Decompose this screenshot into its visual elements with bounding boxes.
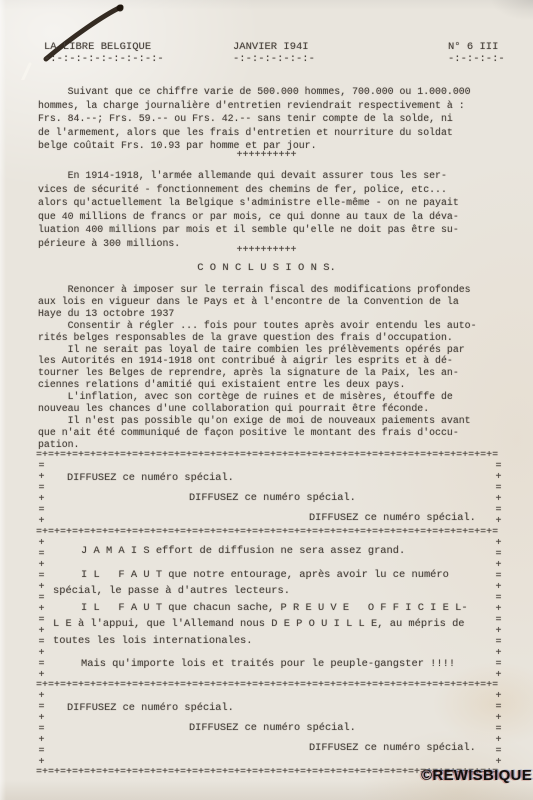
frame-divider: =+=+=+=+=+=+=+=+=+=+=+=+=+=+=+=+=+=+=+=+… bbox=[36, 528, 504, 538]
paragraph-daily-cost: Suivant que ce chiffre varie de 500.000 … bbox=[38, 85, 508, 153]
pen-ink-mark bbox=[0, 0, 150, 80]
frame-border-left: + = + = + = + = + = + = + bbox=[36, 538, 47, 681]
appeal-box-content: J A M A I S effort de diffusion ne sera … bbox=[47, 538, 493, 681]
masthead-publication: LA LIBRE BELGIQUE -:-:-:-:-:-:-:-:-:- bbox=[44, 41, 164, 65]
diffusion-box-bottom: + = + = + = + DIFFUSEZ ce numéro spécial… bbox=[36, 691, 504, 768]
frame-border-right: + = + = + = + = + = + = + bbox=[493, 538, 504, 681]
copyright-watermark: ©REWISBIQUE bbox=[421, 767, 532, 784]
diffusez-line: DIFFUSEZ ce numéro spécial. bbox=[47, 488, 493, 508]
frame-divider: =+=+=+=+=+=+=+=+=+=+=+=+=+=+=+=+=+=+=+=+… bbox=[36, 681, 504, 691]
diffusez-line: DIFFUSEZ ce numéro spécial. bbox=[47, 468, 493, 488]
diffusion-box-bottom-content: DIFFUSEZ ce numéro spécial. DIFFUSEZ ce … bbox=[47, 691, 493, 758]
diffusion-box-top-content: DIFFUSEZ ce numéro spécial. DIFFUSEZ ce … bbox=[47, 461, 493, 528]
conclusions-body: Renoncer à imposer sur le terrain fiscal… bbox=[38, 284, 508, 451]
diffusez-line: DIFFUSEZ ce numéro spécial. bbox=[47, 718, 493, 738]
appeal-il-faut-2: I L F A U T que chacun sache, P R E U V … bbox=[53, 600, 487, 650]
issue-underline: -:-:-:-:- bbox=[448, 53, 505, 65]
scanned-document-page: LA LIBRE BELGIQUE -:-:-:-:-:-:-:-:-:- JA… bbox=[0, 0, 533, 800]
frame-border-left: + = + = + = + bbox=[36, 691, 47, 768]
frame-border-left: = + = + = + bbox=[36, 461, 47, 528]
paragraph-1914-1918: En 1914-1918, l'armée allemande qui deva… bbox=[38, 169, 508, 251]
issue-date: JANVIER I94I bbox=[233, 41, 315, 53]
diffusez-line: DIFFUSEZ ce numéro spécial. bbox=[47, 698, 493, 718]
plus-separator: ++++++++++ bbox=[0, 151, 533, 161]
conclusions-heading: C O N C L U S I O N S. bbox=[0, 262, 533, 274]
appeal-box: + = + = + = + = + = + = + J A M A I S ef… bbox=[36, 538, 504, 681]
frame-border-right: = + = + = + bbox=[493, 461, 504, 528]
masthead-issue: N° 6 III -:-:-:-:- bbox=[448, 41, 505, 65]
appeal-gangster: Mais qu'importe lois et traités pour le … bbox=[53, 656, 487, 673]
appeal-il-faut-1: I L F A U T que notre entourage, après a… bbox=[53, 567, 487, 600]
date-underline: -:-:-:-:-:-:- bbox=[233, 53, 315, 65]
plus-separator: ++++++++++ bbox=[0, 246, 533, 256]
appeal-jamais: J A M A I S effort de diffusion ne sera … bbox=[53, 543, 487, 560]
frame-border-top: =+=+=+=+=+=+=+=+=+=+=+=+=+=+=+=+=+=+=+=+… bbox=[36, 451, 504, 461]
publication-title: LA LIBRE BELGIQUE bbox=[44, 41, 164, 53]
frame-border-right: + = + = + = + bbox=[493, 691, 504, 768]
publication-underline: -:-:-:-:-:-:-:-:-:- bbox=[44, 53, 164, 65]
diffusion-box-top: = + = + = + DIFFUSEZ ce numéro spécial. … bbox=[36, 461, 504, 528]
issue-number: N° 6 III bbox=[448, 41, 505, 53]
diffusion-frame: =+=+=+=+=+=+=+=+=+=+=+=+=+=+=+=+=+=+=+=+… bbox=[36, 451, 504, 778]
diffusez-line: DIFFUSEZ ce numéro spécial. bbox=[47, 738, 493, 758]
masthead-date: JANVIER I94I -:-:-:-:-:-:- bbox=[233, 41, 315, 65]
diffusez-line: DIFFUSEZ ce numéro spécial. bbox=[47, 508, 493, 528]
